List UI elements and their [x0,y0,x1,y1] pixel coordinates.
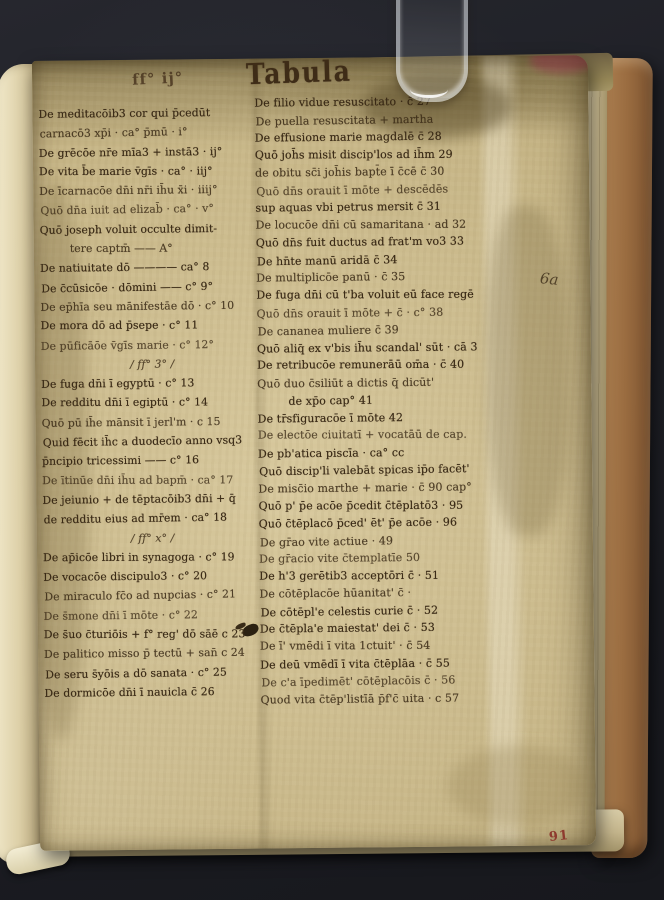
toc-line: carnacō3 xp̄i · ca° p̄mū · i° [39,121,265,144]
toc-line: De fuga dn̄i ī egyptū · c° 13 [41,373,267,395]
toc-line: De palitico misso p̄ tectū + san̄ c 24 [44,643,270,665]
toc-line: Quod vita c̄tēp'listīā p̄f'c̄ uita · c 5… [260,688,574,709]
toc-column-left: De meditacōib3 cor qui p̄cedūtcarnacō3 x… [38,103,270,704]
toc-line: De ep̄hīa seu mānifestāe dō · c° 10 [40,295,266,317]
parchment-stain [530,55,594,74]
toc-line: De ītinūe dn̄i ih̄u ad bapm̄ · ca° 17 [42,470,268,490]
toc-line: De gr̄acio vite c̄templatīe 50 [259,548,573,569]
toc-line: Quid fēcit ih̄c a duodecīo anno vsq3 [43,430,269,453]
parchment-stain [447,745,588,826]
toc-line: De s̄mone dn̄i ī mōte · c° 22 [44,604,270,626]
toc-line: De retribucōe remunerāū om̄a · c̄ 40 [257,355,571,374]
toc-line: p̄ncipio tricessimi —— c° 16 [42,450,268,472]
manuscript-page: ff° ij° Tabula De meditacōib3 cor qui p̄… [32,55,596,851]
fore-edge-ink-mark: 6a [539,269,559,289]
toc-line: De natiuitate dō ———— ca° 8 [40,257,266,279]
toc-line: / ff° 3° / [42,353,268,376]
clip-highlight [410,81,448,98]
toc-line: Quō joh̄s misit discip'los ad ih̄m 29 [255,145,569,164]
toc-line: De redditu dn̄i ī egiptū · c° 14 [41,393,267,413]
toc-line: De s̄uo c̄turiōis + f° reg' dō sāē c 23 [44,624,270,644]
page-heading: Tabula [246,55,353,91]
toc-column-right: De filio vidue resuscitato · c̄ 27De pue… [254,91,574,708]
toc-line: Quō joseph voluit occulte dimit- [40,218,266,240]
toc-line: De ī' vmēdi ī vita 1ctuit' · c̄ 54 [260,636,574,655]
toc-line: De ap̄icōe libri in synagoga · c° 19 [43,547,269,567]
modern-folio-number: 91 [548,828,570,845]
toc-line: De mora dō ad p̄sepe · c° 11 [41,315,267,335]
toc-line: tere captm̄ —— A° [40,238,266,258]
folio-mark: ff° ij° [132,68,184,88]
toc-line: De vita b̄e marie v̄gīs · ca° · iij° [39,161,265,181]
toc-line: De dormicōe dn̄i ī nauicla c̄ 26 [44,681,270,703]
page-holder-clip [396,0,468,102]
toc-line: Quō p' p̄e acōe p̄cedit c̄tēplatō3 · 95 [259,496,573,515]
toc-line: De locucōe dn̄i cū samaritana · ad 32 [256,215,570,234]
manuscript-photo: ff° ij° Tabula De meditacōib3 cor qui p̄… [0,0,664,900]
toc-line: / ff° x° / [43,527,269,549]
toc-line: De misc̄io marthe + marie · c̄ 90 cap° [258,477,572,498]
toc-line: De seru s̄yōis a dō sanata · c° 25 [45,661,271,684]
toc-line: De electōe ciuitatī + vocatāū de cap. [258,426,572,445]
toc-line: De grēcōe nr̄e mīa3 + instā3 · ij° [39,141,265,163]
